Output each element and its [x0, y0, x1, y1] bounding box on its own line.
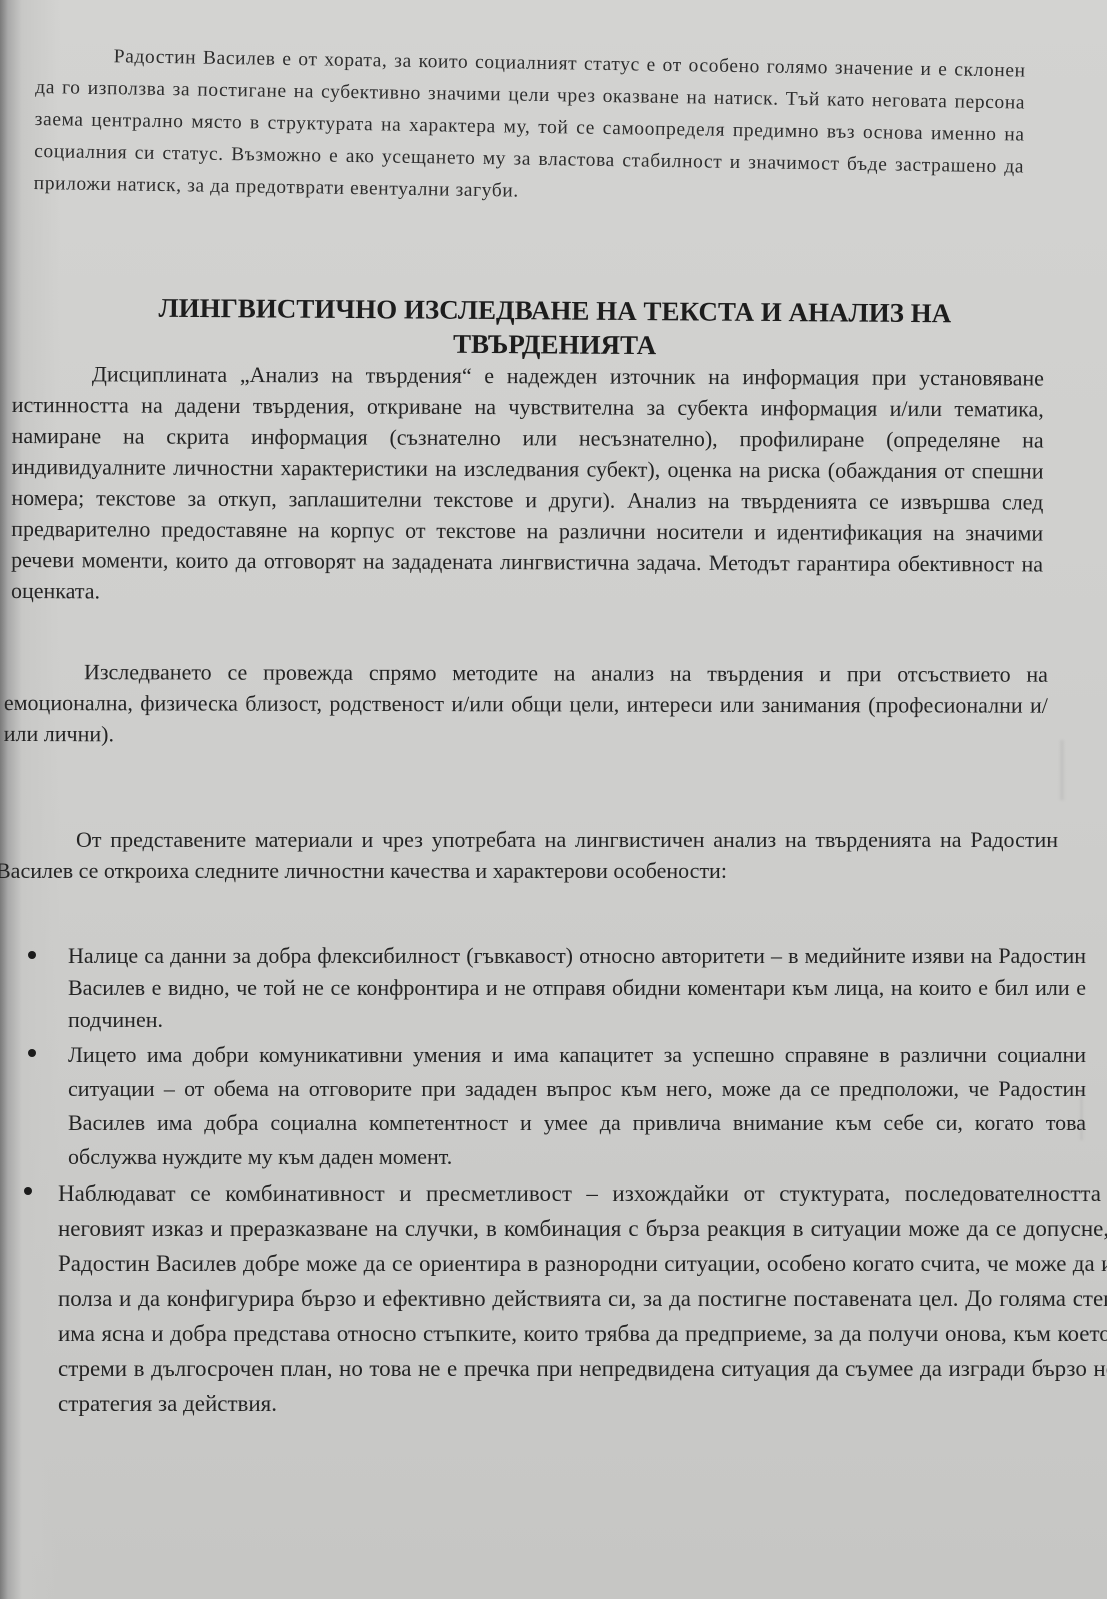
- bullet-text: Наблюдават се комбинативност и пресметли…: [58, 1181, 1107, 1416]
- document-page: Радостин Василев е от хората, за които с…: [0, 0, 1107, 1599]
- bullet-item-flexibility: Налице са данни за добра флексибилност (…: [20, 940, 1086, 1036]
- bullet-point-icon: [24, 1187, 32, 1195]
- bleed-through-text: [330, 628, 336, 654]
- bullet-text: Лицето има добри комуникативни умения и …: [68, 1042, 1086, 1169]
- paragraph-method-description: Дисциплината „Анализ на твърдения“ е над…: [11, 358, 1044, 611]
- bullet-point-icon: [28, 1049, 36, 1057]
- bullet-item-calculation: Наблюдават се комбинативност и пресметли…: [10, 1176, 1107, 1421]
- intro-paragraph-text: Радостин Василев е от хората, за които с…: [33, 40, 1025, 216]
- bullet-item-communication: Лицето има добри комуникативни умения и …: [20, 1038, 1086, 1174]
- section-heading: ЛИНГВИСТИЧНО ИЗСЛЕДВАНЕ НА ТЕКСТА И АНАЛ…: [60, 290, 1050, 365]
- paragraph-findings-intro: От представените материали и чрез употре…: [0, 824, 1058, 886]
- findings-bullet-list: Налице са данни за добра флексибилност (…: [20, 940, 1086, 1421]
- paragraph-text: Дисциплината „Анализ на твърдения“ е над…: [11, 358, 1044, 611]
- bullet-point-icon: [28, 951, 36, 959]
- paragraph-research-conditions: Изследването се провежда спрямо методите…: [4, 656, 1048, 752]
- paragraph-text: Изследването се провежда спрямо методите…: [4, 656, 1048, 752]
- page-smudge: [1060, 740, 1064, 800]
- intro-paragraph: Радостин Василев е от хората, за които с…: [33, 40, 1025, 216]
- bullet-text: Налице са данни за добра флексибилност (…: [68, 943, 1086, 1032]
- paragraph-text: От представените материали и чрез употре…: [0, 824, 1058, 886]
